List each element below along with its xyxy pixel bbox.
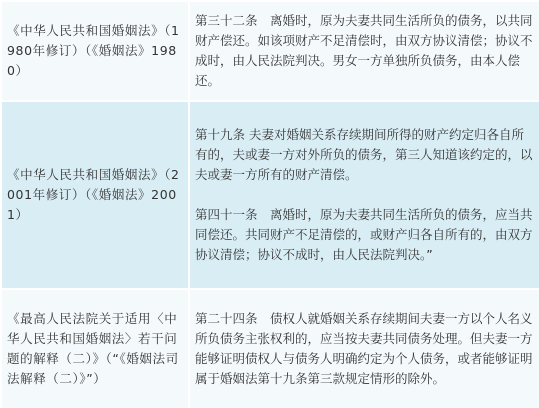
law-article-cell: 第十九条 夫妻对婚姻关系存续期间所得的财产约定归各自所有的，夫或妻一方对外所负的… — [189, 101, 539, 289]
law-article-cell: 第三十二条 离婚时，原为夫妻共同生活所负的债务，以共同财产偿还。如该项财产不足清… — [189, 1, 539, 101]
article-paragraph: 第三十二条 离婚时，原为夫妻共同生活所负的债务，以共同财产偿还。如该项财产不足清… — [195, 11, 534, 91]
law-name-cell: 《中华人民共和国婚姻法》（1980年修订）（《婚姻法》1980） — [1, 1, 189, 101]
law-article-cell: 第二十四条 债权人就婚姻关系存续期间夫妻一方以个人名义所负债务主张权利的，应当按… — [189, 289, 539, 408]
law-comparison-table: 《中华人民共和国婚姻法》（1980年修订）（《婚姻法》1980） 第三十二条 离… — [0, 0, 539, 408]
article-paragraph: 第四十一条 离婚时，原为夫妻共同生活所负的债务，应当共同偿还。共同财产不足清偿的… — [195, 205, 534, 265]
table-row: 《中华人民共和国婚姻法》（1980年修订）（《婚姻法》1980） 第三十二条 离… — [1, 1, 539, 101]
article-paragraph: 第十九条 夫妻对婚姻关系存续期间所得的财产约定归各自所有的，夫或妻一方对外所负的… — [195, 125, 534, 185]
article-paragraph: 第二十四条 债权人就婚姻关系存续期间夫妻一方以个人名义所负债务主张权利的，应当按… — [195, 309, 534, 389]
table-row: 《中华人民共和国婚姻法》（2001年修订）（《婚姻法》2001） 第十九条 夫妻… — [1, 101, 539, 289]
law-name-cell: 《中华人民共和国婚姻法》（2001年修订）（《婚姻法》2001） — [1, 101, 189, 289]
law-name-cell: 《最高人民法院关于适用〈中华人民共和国婚姻法〉若干问题的解释（二）》（“《婚姻法… — [1, 289, 189, 408]
table-row: 《最高人民法院关于适用〈中华人民共和国婚姻法〉若干问题的解释（二）》（“《婚姻法… — [1, 289, 539, 408]
